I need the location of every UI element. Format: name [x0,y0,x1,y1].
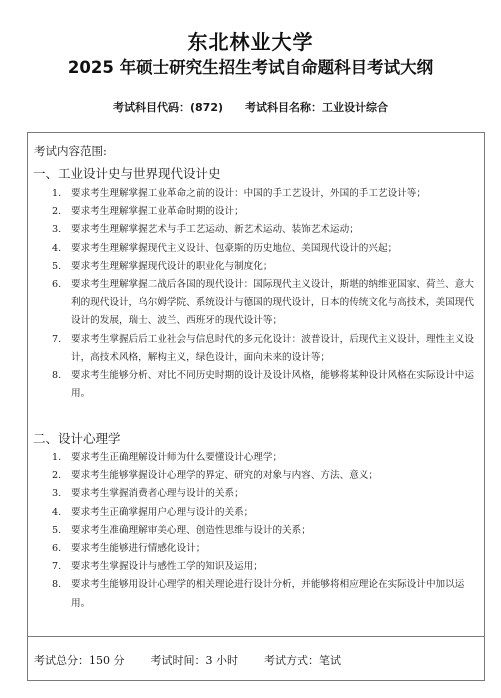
list-item: 6.要求考生能够进行情感化设计； [52,540,477,558]
table-divider [28,636,484,637]
list-item: 2.要求考生能够掌握设计心理学的界定、研究的对象与内容、方法、意义； [52,467,477,485]
exam-duration: 考试时间：3 小时 [151,654,239,667]
list-item: 4.要求考生理解掌握现代主义设计、包豪斯的历史地位、美国现代设计的兴起； [52,240,477,258]
total-score: 考试总分：150 分 [34,654,125,667]
list-item: 5.要求考生准确理解审美心理、创造性思维与设计的关系； [52,522,477,540]
list-item: 8.要求考生能够用设计心理学的相关理论进行设计分析，并能够将相应理论在实际设计中… [52,576,477,612]
list-item: 7.要求考生掌握设计与感性工学的知识及运用； [52,558,477,576]
document-title: 2025 年硕士研究生招生考试自命题科目考试大纲 [0,57,501,79]
list-item: 3.要求考生理解掌握艺术与手工艺运动、新艺术运动、装饰艺术运动； [52,221,477,239]
list-item: 7.要求考生掌握后后工业社会与信息时代的多元化设计：波普设计，后现代主义设计，理… [52,331,477,367]
section-heading-design-psychology: 二、设计心理学 [33,431,121,447]
syllabus-table: 考试内容范围: 一、工业设计史与世界现代设计史 1.要求考生理解掌握工业革命之前… [27,132,485,681]
section-heading-design-history: 一、工业设计史与世界现代设计史 [33,166,221,182]
list-item: 3.要求考生掌握消费者心理与设计的关系； [52,485,477,503]
list-item: 1.要求考生理解掌握工业革命之前的设计：中国的手工艺设计，外国的手工艺设计等； [52,185,477,203]
exam-method: 考试方式：笔试 [264,654,341,667]
list-item: 2.要求考生理解掌握工业革命时期的设计； [52,203,477,221]
scope-label: 考试内容范围: [34,143,107,159]
list-item: 4.要求考生正确掌握用户心理与设计的关系； [52,504,477,522]
subject-name: 考试科目名称：工业设计综合 [245,101,388,114]
subject-code: 考试科目代码：(872) [113,101,223,114]
exam-info: 考试总分：150 分考试时间：3 小时考试方式：笔试 [34,653,341,669]
subject-info: 考试科目代码：(872)考试科目名称：工业设计综合 [0,101,501,115]
list-item: 1.要求考生正确理解设计师为什么要懂设计心理学； [52,449,477,467]
list-item: 6.要求考生理解掌握二战后各国的现代设计：国际现代主义设计，斯堪的纳维亚国家、荷… [52,276,477,331]
section-items-design-psychology: 1.要求考生正确理解设计师为什么要懂设计心理学； 2.要求考生能够掌握设计心理学… [52,449,477,613]
list-item: 5.要求考生理解掌握现代设计的职业化与制度化； [52,258,477,276]
list-item: 8.要求考生能够分析、对比不同历史时期的设计及设计风格，能够将某种设计风格在实际… [52,367,477,403]
university-name: 东北林业大学 [0,30,501,54]
section-items-design-history: 1.要求考生理解掌握工业革命之前的设计：中国的手工艺设计，外国的手工艺设计等； … [52,185,477,403]
